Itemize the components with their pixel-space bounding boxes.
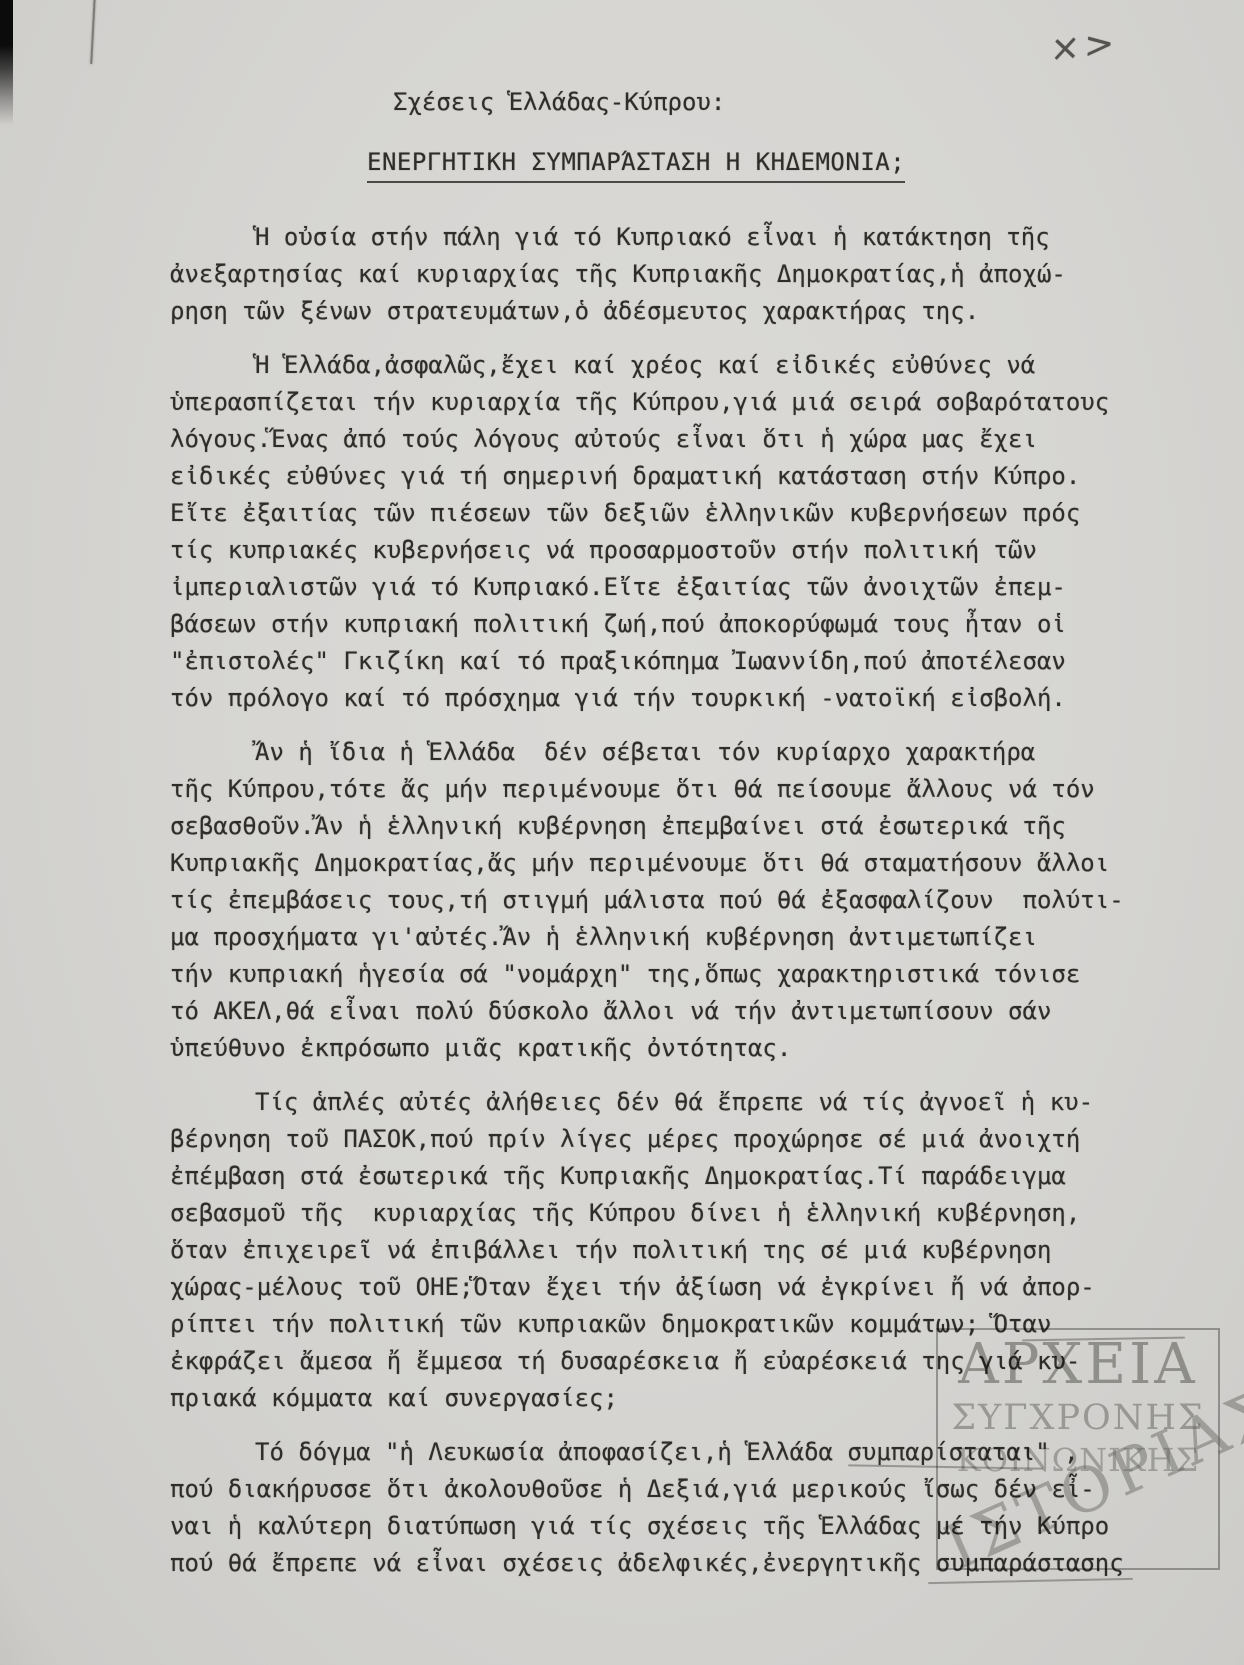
watermark-line-archeia: ΑΡΧΕΙΑ [938,1334,1218,1396]
document-title: Σχέσεις Ἑλλάδας-Κύπρου: [393,88,725,116]
scanned-document-page: ×> Σχέσεις Ἑλλάδας-Κύπρου: ΕΝΕΡΓΗΤΙΚΗ ΣΥ… [0,0,1244,1665]
paragraph-3: Ἄν ἡ ἴδια ἡ Ἑλλάδα δέν σέβεται τόν κυρία… [170,734,1182,1067]
paragraph-2: Ἡ Ἑλλάδα,ἀσφαλῶς,ἔχει καί χρέος καί εἰδι… [170,347,1182,717]
handwritten-annotation: ×> [1049,22,1118,71]
document-heading: ΕΝΕΡΓΗΤΙΚΗ ΣΥΜΠΑΡΆΣΤΑΣΗ Η ΚΗΔΕΜΟΝΙΑ; [367,148,905,183]
scan-edge-artifact [0,0,13,125]
fold-line-mark [90,0,96,64]
paragraph-1: Ἡ οὐσία στήν πάλη γιά τό Κυπριακό εἶναι … [170,219,1182,330]
archive-watermark-stamp: ΑΡΧΕΙΑ ΣΥΓΧΡΟΝΗΣ ΚΟΙΝΩΝΙΚΗΣ ΙΣΤΟΡΙΑΣ [936,1328,1220,1570]
